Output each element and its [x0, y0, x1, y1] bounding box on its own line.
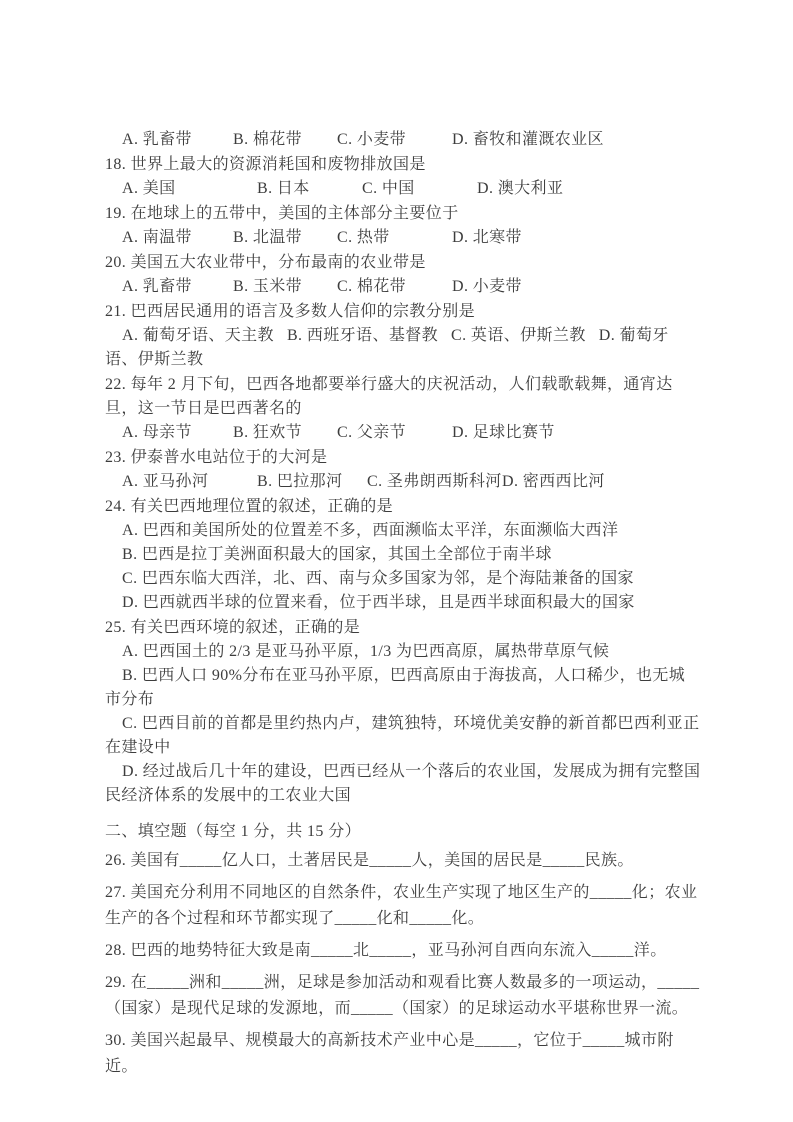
question-text: 19. 在地球上的五带中，美国的主体部分主要位于 — [105, 202, 701, 226]
question-text: 25. 有关巴西环境的叙述，正确的是 — [105, 616, 701, 640]
fill-question: 28. 巴西的地势特征大致是南_____北_____，亚马孙河自西向东流入___… — [105, 938, 701, 964]
answer-option: D. 巴西就西半球的位置来看，位于西半球，且是西半球面积最大的国家 — [105, 591, 701, 615]
answer-option: C. 热带 — [337, 226, 452, 250]
answer-option: B. 玉米带 — [233, 275, 337, 299]
answer-option: A. 美国 — [122, 177, 257, 201]
question-item: 23. 伊泰普水电站位于的大河是A. 亚马孙河B. 巴拉那河C. 圣弗朗西斯科河… — [105, 446, 701, 494]
answer-option: C. 小麦带 — [337, 128, 452, 152]
answer-option: C. 棉花带 — [337, 275, 452, 299]
question-item: 20. 美国五大农业带中，分布最南的农业带是A. 乳畜带B. 玉米带C. 棉花带… — [105, 251, 701, 299]
question-text: 18. 世界上最大的资源消耗国和废物排放国是 — [105, 153, 701, 177]
answer-options-row: A. 南温带B. 北温带C. 热带D. 北寒带 — [105, 226, 701, 250]
answer-option: C. 英语、伊斯兰教 — [451, 327, 586, 344]
question-text: 21. 巴西居民通用的语言及多数人信仰的宗教分别是 — [105, 300, 701, 324]
answer-options-row: A. 乳畜带B. 玉米带C. 棉花带D. 小麦带 — [105, 275, 701, 299]
answer-option: D. 澳大利亚 — [477, 177, 563, 201]
fill-questions-section: 26. 美国有_____亿人口，土著居民是_____人，美国的居民是_____民… — [105, 848, 701, 1080]
exam-content: A. 乳畜带B. 棉花带C. 小麦带D. 畜牧和灌溉农业区18. 世界上最大的资… — [105, 128, 701, 1086]
question-text: 24. 有关巴西地理位置的叙述，正确的是 — [105, 495, 701, 519]
question-text: 23. 伊泰普水电站位于的大河是 — [105, 446, 701, 470]
question-item: 25. 有关巴西环境的叙述，正确的是A. 巴西国土的 2/3 是亚马孙平原，1/… — [105, 616, 701, 808]
answer-option: A. 葡萄牙语、天主教 — [122, 327, 274, 344]
fill-question: 29. 在_____洲和_____洲，足球是参加活动和观看比赛人数最多的一项运动… — [105, 970, 701, 1022]
question-item: A. 乳畜带B. 棉花带C. 小麦带D. 畜牧和灌溉农业区 — [105, 128, 701, 152]
fill-section-header: 二、填空题（每空 1 分，共 15 分） — [105, 820, 701, 844]
question-item: 24. 有关巴西地理位置的叙述，正确的是A. 巴西和美国所处的位置差不多，西面濒… — [105, 495, 701, 615]
answer-option: A. 乳畜带 — [122, 275, 233, 299]
answer-options-row: A. 葡萄牙语、天主教B. 西班牙语、基督教C. 英语、伊斯兰教D. 葡萄牙语、… — [105, 324, 701, 372]
answer-option: A. 乳畜带 — [122, 128, 233, 152]
answer-option: B. 棉花带 — [233, 128, 337, 152]
question-item: 21. 巴西居民通用的语言及多数人信仰的宗教分别是A. 葡萄牙语、天主教B. 西… — [105, 300, 701, 372]
question-item: 22. 每年 2 月下旬，巴西各地都要举行盛大的庆祝活动，人们载歌载舞，通宵达旦… — [105, 373, 701, 445]
answer-options-row: A. 乳畜带B. 棉花带C. 小麦带D. 畜牧和灌溉农业区 — [105, 128, 701, 152]
answer-option: B. 巴西是拉丁美洲面积最大的国家，其国土全部位于南半球 — [105, 543, 701, 567]
exam-page: A. 乳畜带B. 棉花带C. 小麦带D. 畜牧和灌溉农业区18. 世界上最大的资… — [0, 0, 793, 1122]
answer-option: D. 小麦带 — [452, 275, 522, 299]
answer-option: D. 畜牧和灌溉农业区 — [452, 128, 604, 152]
question-item: 19. 在地球上的五带中，美国的主体部分主要位于A. 南温带B. 北温带C. 热… — [105, 202, 701, 250]
answer-option: A. 巴西国土的 2/3 是亚马孙平原，1/3 为巴西高原，属热带草原气候 — [105, 640, 701, 664]
question-text: 20. 美国五大农业带中，分布最南的农业带是 — [105, 251, 701, 275]
answer-option: B. 西班牙语、基督教 — [287, 327, 438, 344]
answer-option: B. 巴拉那河 — [257, 470, 367, 494]
answer-option: D. 经过战后几十年的建设，巴西已经从一个落后的农业国，发展成为拥有完整国民经济… — [105, 760, 701, 808]
choice-questions-section: A. 乳畜带B. 棉花带C. 小麦带D. 畜牧和灌溉农业区18. 世界上最大的资… — [105, 128, 701, 808]
question-item: 18. 世界上最大的资源消耗国和废物排放国是A. 美国B. 日本C. 中国D. … — [105, 153, 701, 201]
answer-option: D. 北寒带 — [452, 226, 522, 250]
answer-option: A. 巴西和美国所处的位置差不多，西面濒临太平洋，东面濒临大西洋 — [105, 519, 701, 543]
fill-question: 30. 美国兴起最早、规模最大的高新技术产业中心是_____，它位于_____城… — [105, 1028, 701, 1080]
answer-options-row: A. 亚马孙河B. 巴拉那河C. 圣弗朗西斯科河D. 密西西比河 — [105, 470, 701, 494]
answer-option: B. 巴西人口 90%分布在亚马孙平原，巴西高原由于海拔高，人口稀少，也无城市分… — [105, 664, 701, 712]
answer-option: D. 密西西比河 — [502, 470, 605, 494]
answer-option: C. 父亲节 — [337, 421, 452, 445]
answer-option: C. 巴西目前的首都是里约热内卢，建筑独特，环境优美安静的新首都巴西利亚正在建设… — [105, 712, 701, 760]
answer-option: A. 母亲节 — [122, 421, 233, 445]
answer-option: D. 足球比赛节 — [452, 421, 555, 445]
answer-options-row: A. 美国B. 日本C. 中国D. 澳大利亚 — [105, 177, 701, 201]
answer-option: A. 南温带 — [122, 226, 233, 250]
fill-question: 26. 美国有_____亿人口，土著居民是_____人，美国的居民是_____民… — [105, 848, 701, 874]
question-text: 22. 每年 2 月下旬，巴西各地都要举行盛大的庆祝活动，人们载歌载舞，通宵达旦… — [105, 373, 701, 421]
fill-question: 27. 美国充分利用不同地区的自然条件，农业生产实现了地区生产的_____化；农… — [105, 880, 701, 932]
answer-options-row: A. 母亲节B. 狂欢节C. 父亲节D. 足球比赛节 — [105, 421, 701, 445]
answer-option: C. 中国 — [362, 177, 477, 201]
answer-option: B. 北温带 — [233, 226, 337, 250]
answer-option: B. 狂欢节 — [233, 421, 337, 445]
answer-option: A. 亚马孙河 — [122, 470, 257, 494]
answer-option: B. 日本 — [257, 177, 362, 201]
answer-option: C. 巴西东临大西洋，北、西、南与众多国家为邻，是个海陆兼备的国家 — [105, 567, 701, 591]
answer-option: C. 圣弗朗西斯科河 — [367, 470, 502, 494]
